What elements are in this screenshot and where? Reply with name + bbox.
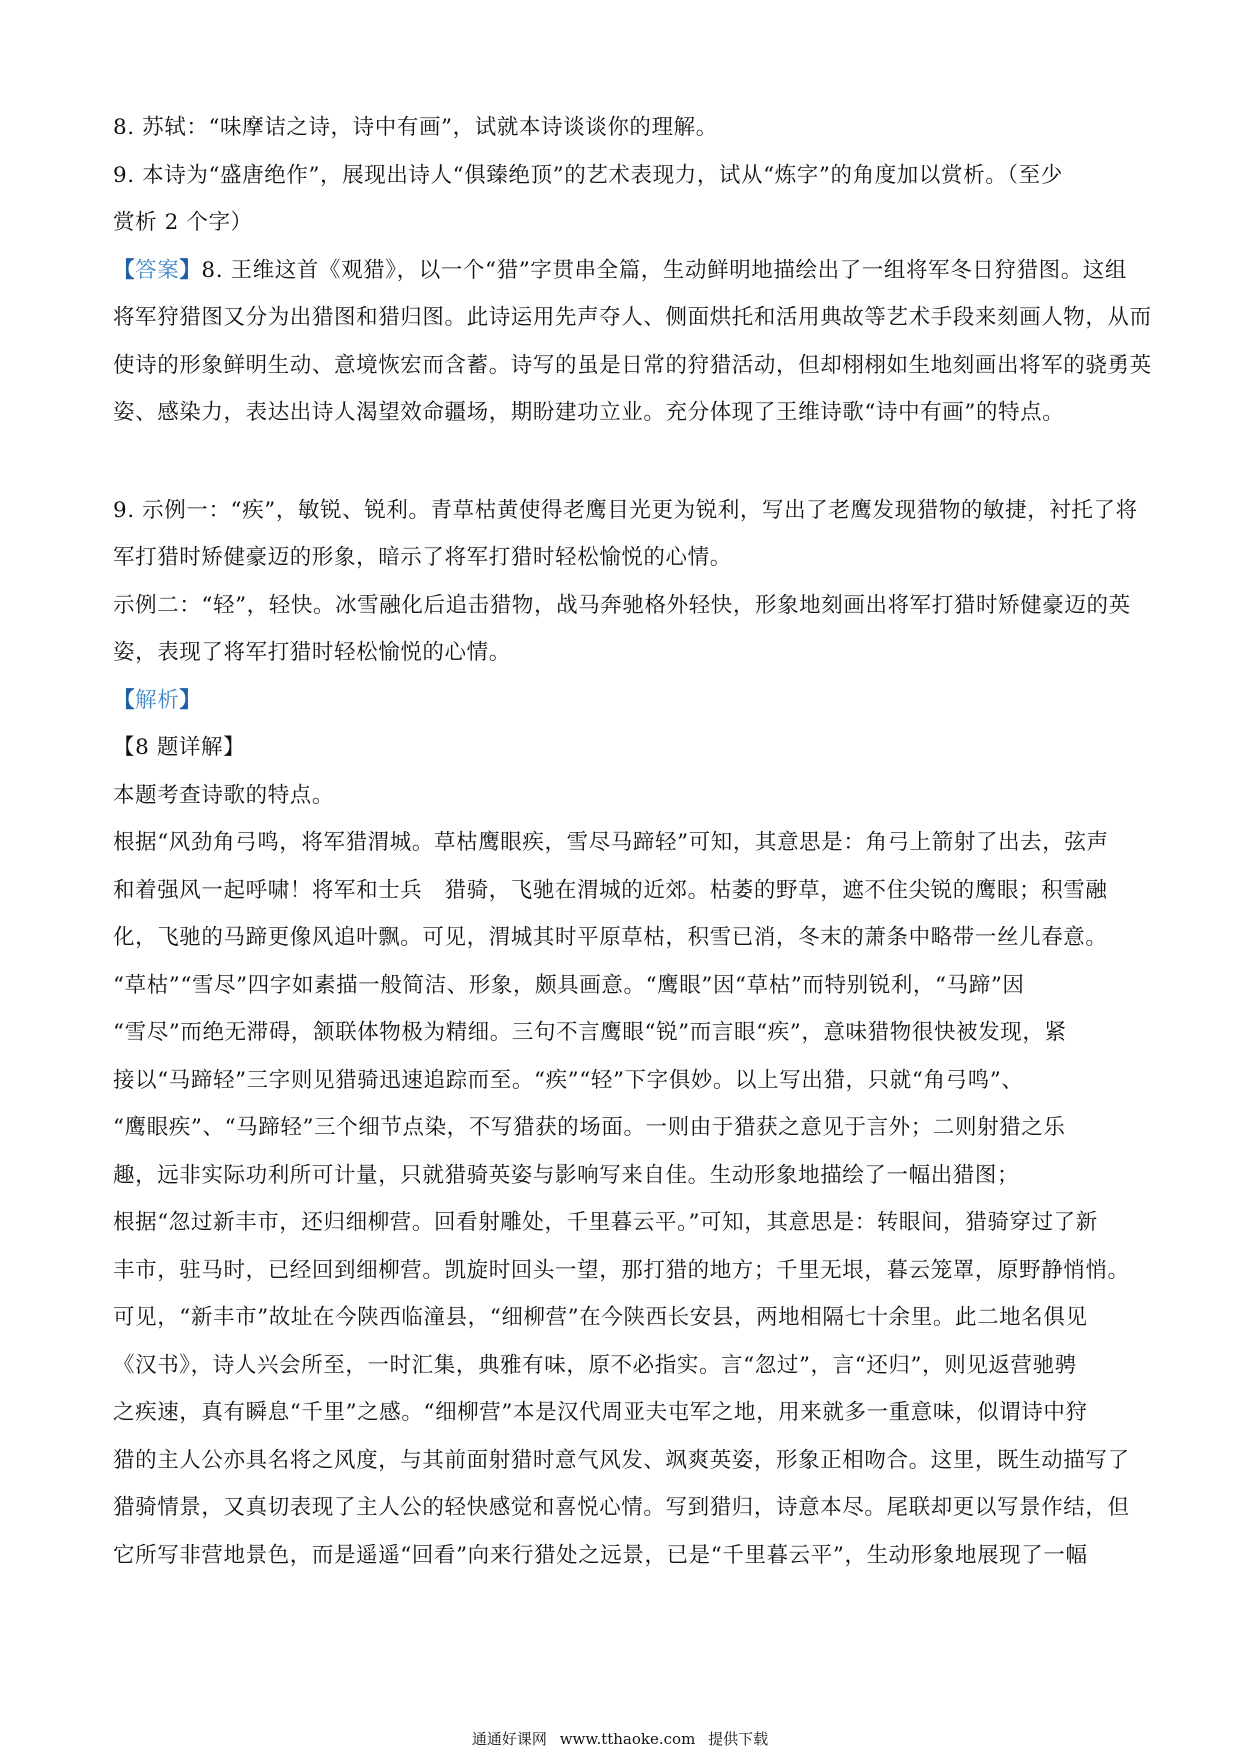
analysis-line: 丰市，驻马时，已经回到细柳营。凯旋时回头一望，那打猎的地方；千里无垠，暮云笼罩，…	[113, 1247, 1129, 1295]
footer-suffix: 提供下载	[708, 1730, 768, 1748]
analysis-line: 本题考查诗歌的特点。	[113, 772, 1129, 820]
question-8: 8. 苏轼：“味摩诘之诗，诗中有画”，试就本诗谈谈你的理解。	[113, 104, 1129, 152]
analysis-line: 化，飞驰的马蹄更像风追叶飘。可见，渭城其时平原草枯，积雪已消，冬末的萧条中略带一…	[113, 914, 1129, 962]
document-page: 8. 苏轼：“味摩诘之诗，诗中有画”，试就本诗谈谈你的理解。 9. 本诗为“盛唐…	[113, 104, 1129, 1579]
answer-8-line-2: 将军狩猎图又分为出猎图和猎归图。此诗运用先声夺人、侧面烘托和活用典故等艺术手段来…	[113, 294, 1129, 342]
analysis-line: 趣，远非实际功利所可计量，只就猎骑英姿与影响写来自佳。生动形象地描绘了一幅出猎图…	[113, 1152, 1129, 1200]
answer-8-line-3: 使诗的形象鲜明生动、意境恢宏而含蓄。诗写的虽是日常的狩猎活动，但却栩栩如生地刻画…	[113, 342, 1129, 390]
paragraph-gap	[113, 437, 1129, 487]
answer-tag: 【答案】	[113, 258, 201, 283]
analysis-line: “雪尽”而绝无滞碍，颔联体物极为精细。三句不言鹰眼“锐”而言眼“疾”，意味猎物很…	[113, 1009, 1129, 1057]
analysis-line: 接以“马蹄轻”三字则见猎骑迅速追踪而至。“疾”“轻”下字俱妙。以上写出猎，只就“…	[113, 1057, 1129, 1105]
analysis-line: 和着强风一起呼啸！将军和士兵 猎骑，飞驰在渭城的近郊。枯萎的野草，遮不住尖锐的鹰…	[113, 867, 1129, 915]
analysis-line: 之疾速，真有瞬息“千里”之感。“细柳营”本是汉代周亚夫屯军之地，用来就多一重意味…	[113, 1389, 1129, 1437]
analysis-tag: 【解析】	[113, 688, 201, 713]
analysis-line: “草枯”“雪尽”四字如素描一般简洁、形象，颇具画意。“鹰眼”因“草枯”而特别锐利…	[113, 962, 1129, 1010]
analysis-line: 根据“风劲角弓鸣，将军猎渭城。草枯鹰眼疾，雪尽马蹄轻”可知，其意思是：角弓上箭射…	[113, 819, 1129, 867]
footer-site-name: 通通好课网	[472, 1730, 547, 1748]
analysis-heading: 【解析】	[113, 677, 1129, 725]
analysis-line: 它所写非营地景色，而是遥遥“回看”向来行猎处之远景，已是“千里暮云平”，生动形象…	[113, 1532, 1129, 1580]
question-9-line-1: 9. 本诗为“盛唐绝作”，展现出诗人“俱臻绝顶”的艺术表现力，试从“炼字”的角度…	[113, 152, 1129, 200]
analysis-line: 《汉书》，诗人兴会所至，一时汇集，典雅有味，原不必指实。言“忽过”，言“还归”，…	[113, 1342, 1129, 1390]
analysis-line: 猎的主人公亦具名将之风度，与其前面射猎时意气风发、飒爽英姿，形象正相吻合。这里，…	[113, 1437, 1129, 1485]
analysis-line: 根据“忽过新丰市，还归细柳营。回看射雕处，千里暮云平。”可知，其意思是：转眼间，…	[113, 1199, 1129, 1247]
analysis-line: “鹰眼疾”、“马蹄轻”三个细节点染，不写猎获的场面。一则由于猎获之意见于言外；二…	[113, 1104, 1129, 1152]
analysis-line: 可见，“新丰市”故址在今陕西临潼县，“细柳营”在今陕西长安县，两地相隔七十余里。…	[113, 1294, 1129, 1342]
answer-8-line-4: 姿、感染力，表达出诗人渴望效命疆场，期盼建功立业。充分体现了王维诗歌“诗中有画”…	[113, 389, 1129, 437]
answer-8-line-1: 【答案】8. 王维这首《观猎》，以一个“猎”字贯串全篇，生动鲜明地描绘出了一组将…	[113, 247, 1129, 295]
footer-url[interactable]: www.tthaoke.com	[560, 1730, 696, 1748]
analysis-subheading: 【8 题详解】	[113, 724, 1129, 772]
answer-9-line-3: 示例二：“轻”，轻快。冰雪融化后追击猎物，战马奔驰格外轻快，形象地刻画出将军打猎…	[113, 582, 1129, 630]
page-footer: 通通好课网 www.tthaoke.com 提供下载	[0, 1728, 1240, 1749]
answer-9-line-4: 姿，表现了将军打猎时轻松愉悦的心情。	[113, 629, 1129, 677]
question-9-line-2: 赏析 2 个字）	[113, 199, 1129, 247]
answer-9-line-2: 军打猎时矫健豪迈的形象，暗示了将军打猎时轻松愉悦的心情。	[113, 534, 1129, 582]
analysis-line: 猎骑情景，又真切表现了主人公的轻快感觉和喜悦心情。写到猎归，诗意本尽。尾联却更以…	[113, 1484, 1129, 1532]
answer-9-line-1: 9. 示例一：“疾”，敏锐、锐利。青草枯黄使得老鹰目光更为锐利，写出了老鹰发现猎…	[113, 487, 1129, 535]
